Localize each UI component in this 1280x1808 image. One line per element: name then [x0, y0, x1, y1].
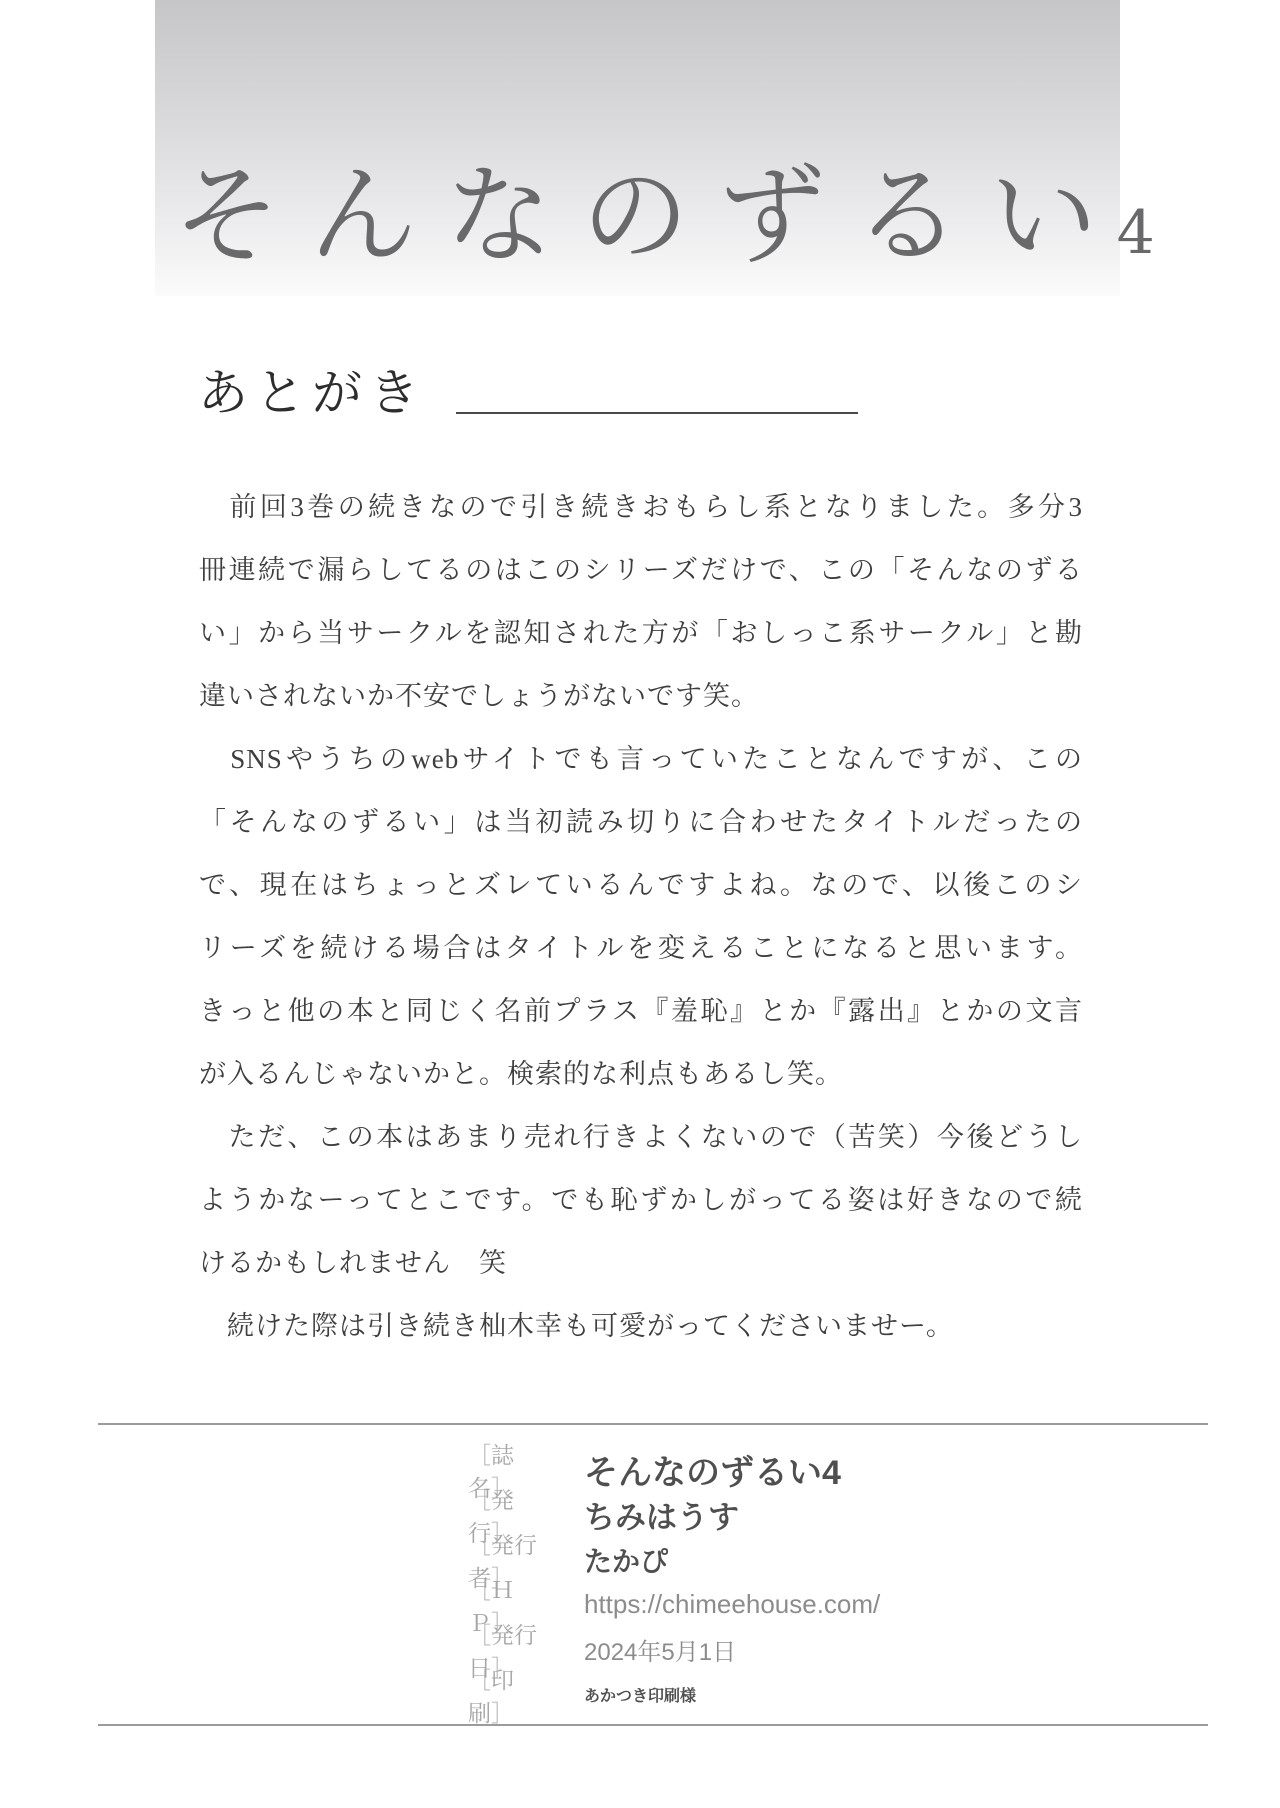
- colophon-value: https://chimeehouse.com/: [584, 1589, 880, 1620]
- afterword-line: SNSやうちのwebサイトでも言っていたことなんですが、この: [199, 739, 1083, 802]
- colophon-value: ちみはうす: [584, 1492, 739, 1537]
- colophon-value: あかつき印刷様: [584, 1683, 696, 1706]
- colophon-value: そんなのずるい4: [584, 1445, 841, 1494]
- afterword-line: 前回3巻の続きなので引き続きおもらし系となりました。多分3: [199, 487, 1083, 550]
- title-banner: そんなのずるい4: [155, 0, 1120, 296]
- colophon-row: ［印 刷］ あかつき印刷様: [468, 1672, 880, 1717]
- afterword-line: けるかもしれません 笑: [199, 1243, 1083, 1306]
- colophon: ［誌 名］ そんなのずるい4 ［発 行］ ちみはうす ［発行者］ たかぴ ［Ｈ …: [98, 1423, 1208, 1726]
- afterword-heading: あとがき: [198, 368, 426, 418]
- volume-number: 4: [1117, 198, 1155, 268]
- colophon-label: ［印 刷］: [468, 1662, 564, 1728]
- afterword-page: そんなのずるい4 あとがき 前回3巻の続きなので引き続きおもらし系となりました。…: [0, 0, 1280, 1808]
- afterword-line: が入るんじゃないかと。検索的な利点もあるし笑。: [199, 1054, 1083, 1117]
- heading-rule: [456, 412, 858, 414]
- page-title: そんなのずるい4: [173, 164, 1155, 272]
- afterword-line: ただ、この本はあまり売れ行きよくないので（苦笑）今後どうし: [199, 1117, 1083, 1180]
- afterword-line: 続けた際は引き続き杣木幸も可愛がってくださいませー。: [199, 1306, 1083, 1369]
- afterword-line: 違いされないか不安でしょうがないです笑。: [199, 676, 1083, 739]
- colophon-value: 2024年5月1日: [584, 1632, 736, 1667]
- colophon-value: たかぴ: [584, 1540, 668, 1580]
- afterword-line: で、現在はちょっとズレているんですよね。なので、以後このシ: [199, 865, 1083, 928]
- colophon-rows: ［誌 名］ そんなのずるい4 ［発 行］ ちみはうす ［発行者］ たかぴ ［Ｈ …: [468, 1447, 880, 1717]
- afterword-line: リーズを続ける場合はタイトルを変えることになると思います。: [199, 928, 1083, 991]
- afterword-line: 「そんなのずるい」は当初読み切りに合わせたタイトルだったの: [199, 802, 1083, 865]
- afterword-body: 前回3巻の続きなので引き続きおもらし系となりました。多分3冊連続で漏らしてるのは…: [199, 487, 1083, 1369]
- book-title-text: そんなのずるい: [173, 158, 1126, 277]
- afterword-line: 冊連続で漏らしてるのはこのシリーズだけで、この「そんなのずる: [199, 550, 1083, 613]
- afterword-line: きっと他の本と同じく名前プラス『羞恥』とか『露出』とかの文言: [199, 991, 1083, 1054]
- afterword-line: ようかなーってとこです。でも恥ずかしがってる姿は好きなので続: [199, 1180, 1083, 1243]
- afterword-line: い」から当サークルを認知された方が「おしっこ系サークル」と勘: [199, 613, 1083, 676]
